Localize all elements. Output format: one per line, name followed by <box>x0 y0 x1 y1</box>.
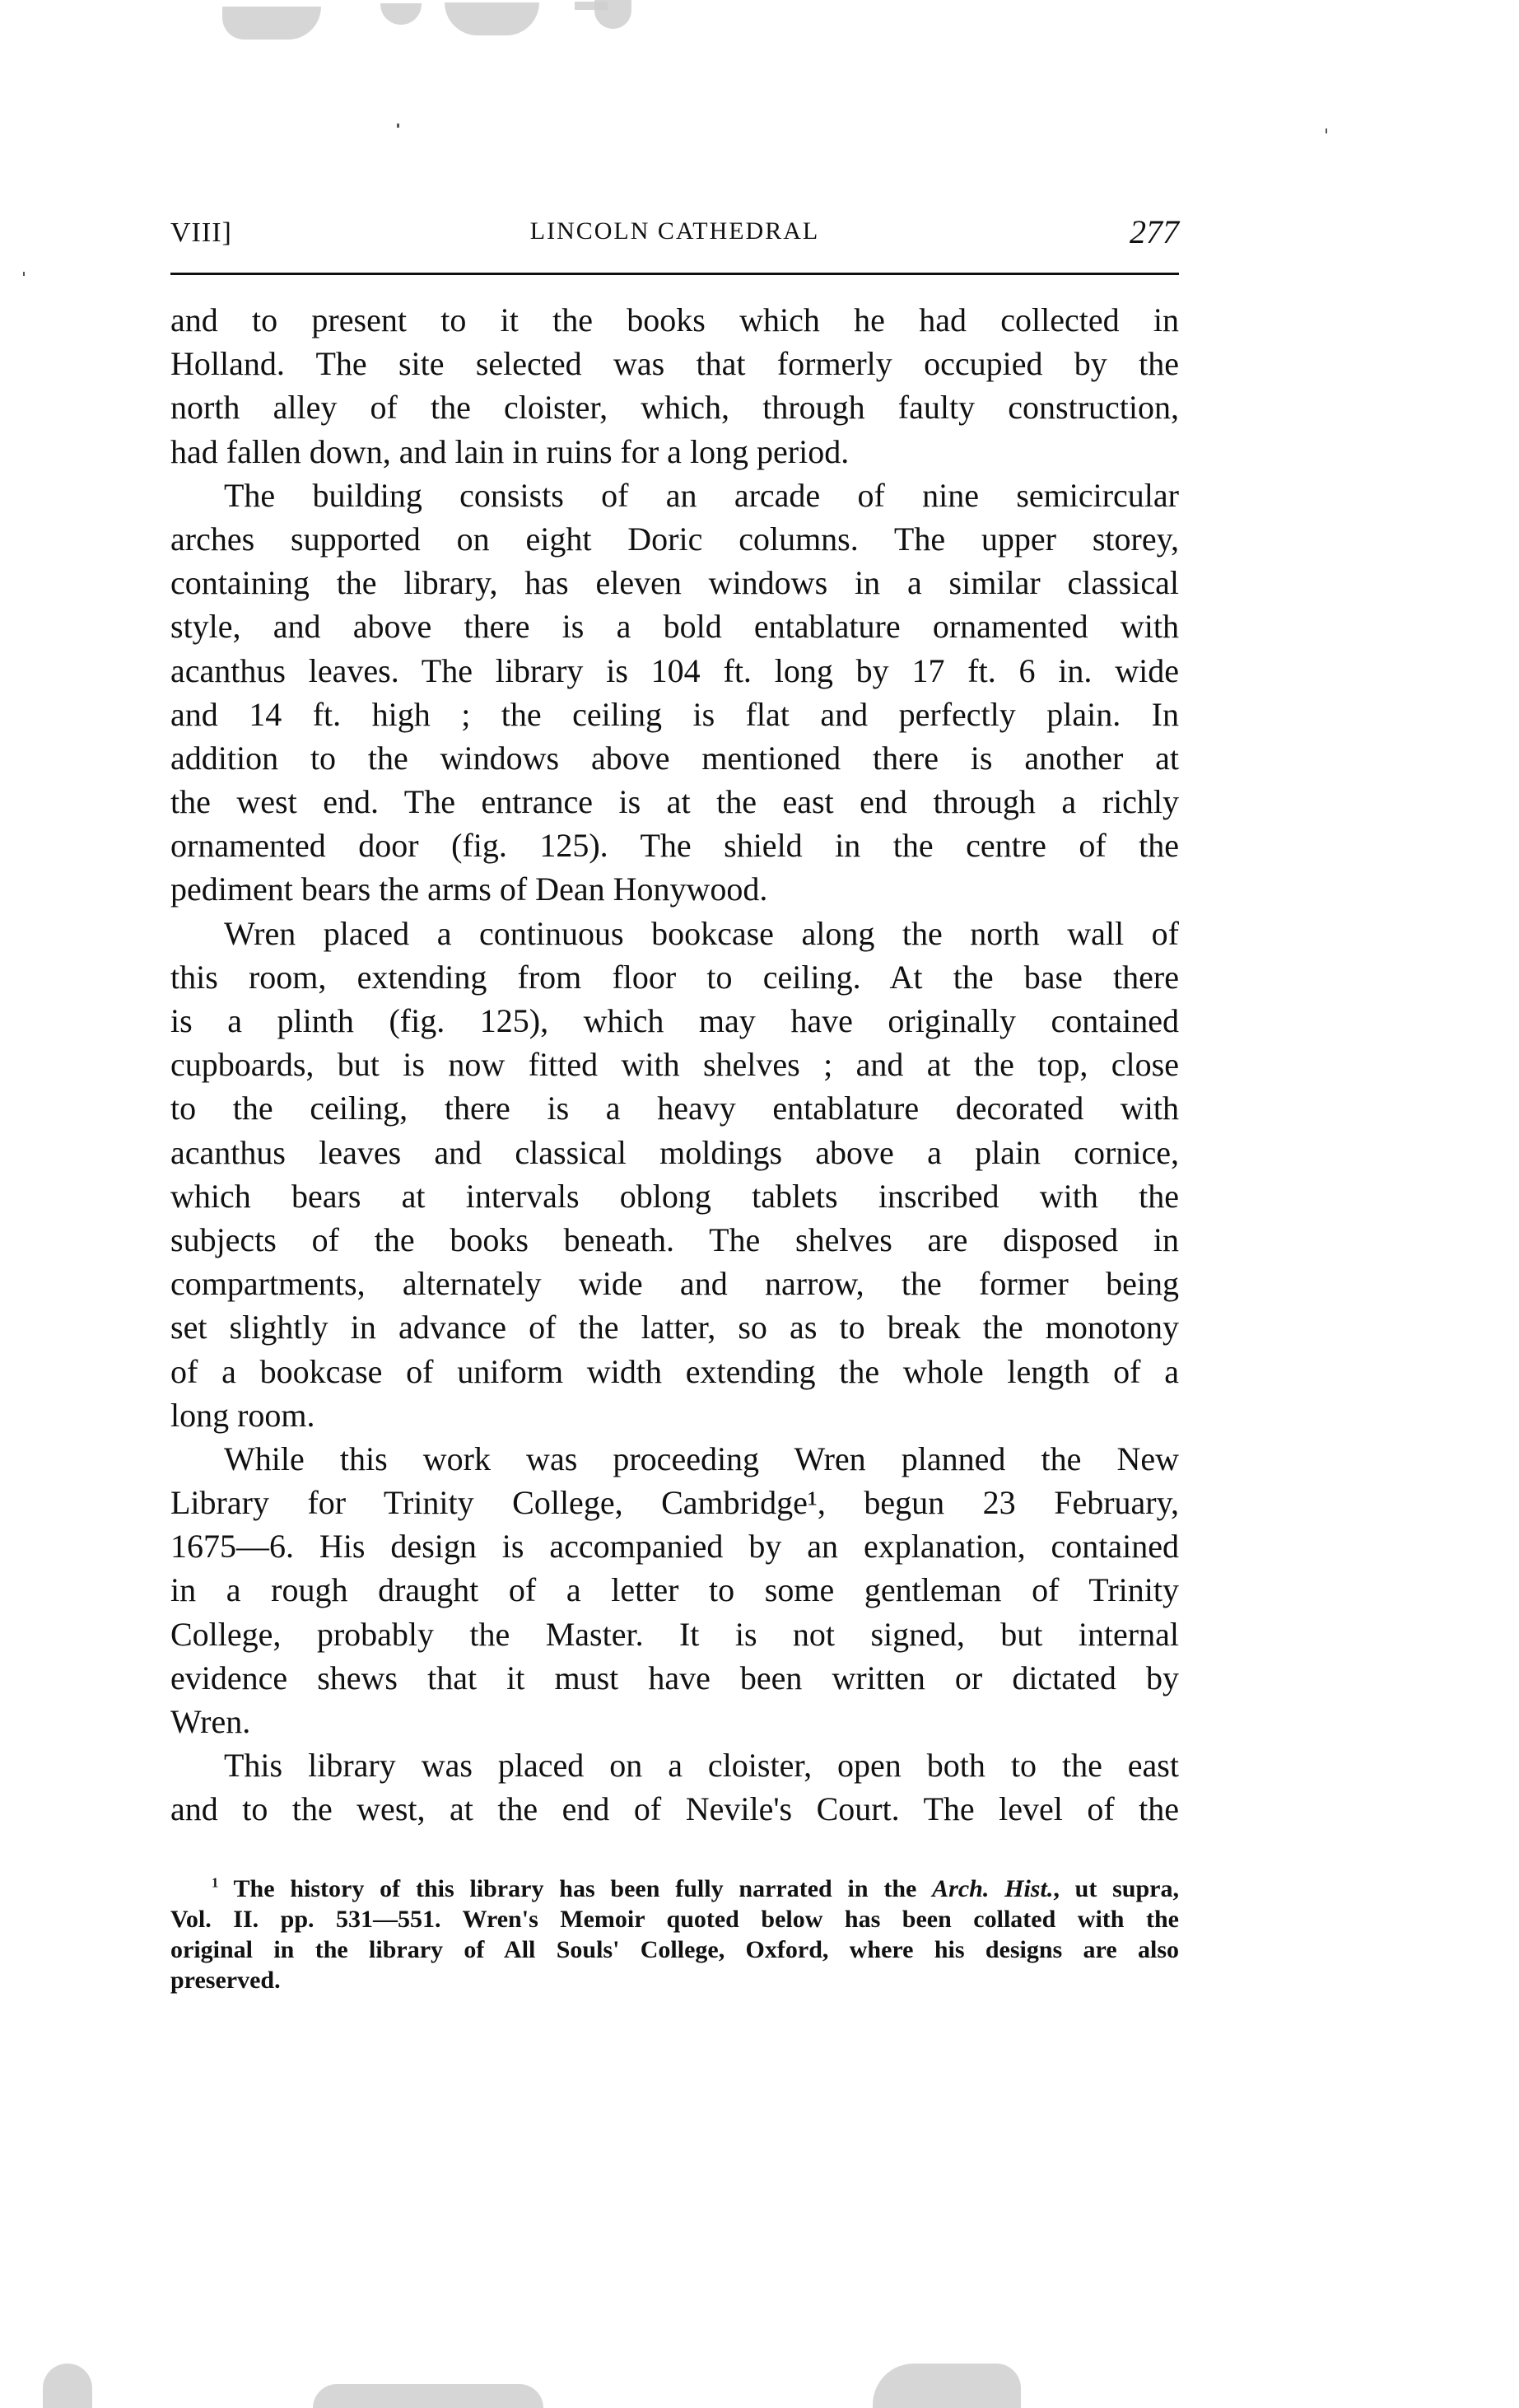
footnotes: 1 The history of this library has been f… <box>170 1874 1179 1995</box>
text-line: arches supported on eight Doric columns.… <box>170 517 1179 561</box>
footnote-line: Vol. II. pp. 531—551. Wren's Memoir quot… <box>170 1904 1179 1934</box>
text-line: addition to the windows above mentioned … <box>170 736 1179 780</box>
scan-speck <box>23 272 25 276</box>
header-rule <box>170 273 1179 275</box>
text-line: While this work was proceeding Wren plan… <box>170 1437 1179 1481</box>
scan-artifact <box>380 3 422 25</box>
scan-artifact <box>594 0 631 29</box>
footnote-line: preserved. <box>170 1965 1179 1995</box>
text-line: long room. <box>170 1393 1179 1437</box>
text-line: had fallen down, and lain in ruins for a… <box>170 430 1179 474</box>
footnote-marker: 1 <box>212 1874 218 1890</box>
footnote-text: The history of this library has been ful… <box>234 1875 933 1902</box>
text-line: Wren placed a continuous bookcase along … <box>170 912 1179 955</box>
text-line: set slightly in advance of the latter, s… <box>170 1305 1179 1349</box>
text-line: Holland. The site selected was that form… <box>170 342 1179 385</box>
scan-speck <box>397 124 399 128</box>
text-line: style, and above there is a bold entabla… <box>170 604 1179 648</box>
text-line: containing the library, has eleven windo… <box>170 561 1179 604</box>
text-line: to the ceiling, there is a heavy entabla… <box>170 1086 1179 1130</box>
running-title: LINCOLN CATHEDRAL <box>170 217 1179 245</box>
text-line: and to present to it the books which he … <box>170 298 1179 342</box>
text-line: evidence shews that it must have been wr… <box>170 1656 1179 1700</box>
text-line: and 14 ft. high ; the ceiling is flat an… <box>170 693 1179 736</box>
text-line: in a rough draught of a letter to some g… <box>170 1568 1179 1612</box>
footnote-line: original in the library of All Souls' Co… <box>170 1934 1179 1965</box>
text-line: Library for Trinity College, Cambridge¹,… <box>170 1481 1179 1524</box>
text-line: subjects of the books beneath. The shelv… <box>170 1218 1179 1262</box>
footnote-line: 1 The history of this library has been f… <box>170 1874 1179 1904</box>
text-line: cupboards, but is now fitted with shelve… <box>170 1043 1179 1086</box>
scan-speck <box>1326 128 1327 133</box>
text-line: acanthus leaves and classical moldings a… <box>170 1131 1179 1174</box>
scan-artifact <box>445 2 539 35</box>
footnote-citation: Arch. Hist. <box>932 1875 1053 1902</box>
text-line: The building consists of an arcade of ni… <box>170 474 1179 517</box>
text-line: is a plinth (fig. 125), which may have o… <box>170 999 1179 1043</box>
text-line: 1675—6. His design is accompanied by an … <box>170 1524 1179 1568</box>
text-line: College, probably the Master. It is not … <box>170 1612 1179 1656</box>
text-line: of a bookcase of uniform width extending… <box>170 1350 1179 1393</box>
text-line: pediment bears the arms of Dean Honywood… <box>170 867 1179 911</box>
scan-artifact <box>313 2384 543 2408</box>
page-number: 277 <box>1130 212 1179 251</box>
text-line: north alley of the cloister, which, thro… <box>170 385 1179 429</box>
text-line: acanthus leaves. The library is 104 ft. … <box>170 649 1179 693</box>
scan-artifact <box>873 2364 1021 2408</box>
body-text: and to present to it the books which he … <box>170 298 1179 1832</box>
scan-artifact <box>222 7 321 40</box>
text-line: this room, extending from floor to ceili… <box>170 955 1179 999</box>
text-line: ornamented door (fig. 125). The shield i… <box>170 824 1179 867</box>
text-line: the west end. The entrance is at the eas… <box>170 780 1179 824</box>
text-line: compartments, alternately wide and narro… <box>170 1262 1179 1305</box>
scan-artifact <box>43 2364 92 2408</box>
text-line: and to the west, at the end of Nevile's … <box>170 1787 1179 1831</box>
text-line: which bears at intervals oblong tablets … <box>170 1174 1179 1218</box>
footnote-text: , ut supra, <box>1053 1875 1179 1902</box>
text-line: Wren. <box>170 1700 1179 1743</box>
running-header: VIII] LINCOLN CATHEDRAL 277 <box>170 212 1179 249</box>
text-line: This library was placed on a cloister, o… <box>170 1743 1179 1787</box>
